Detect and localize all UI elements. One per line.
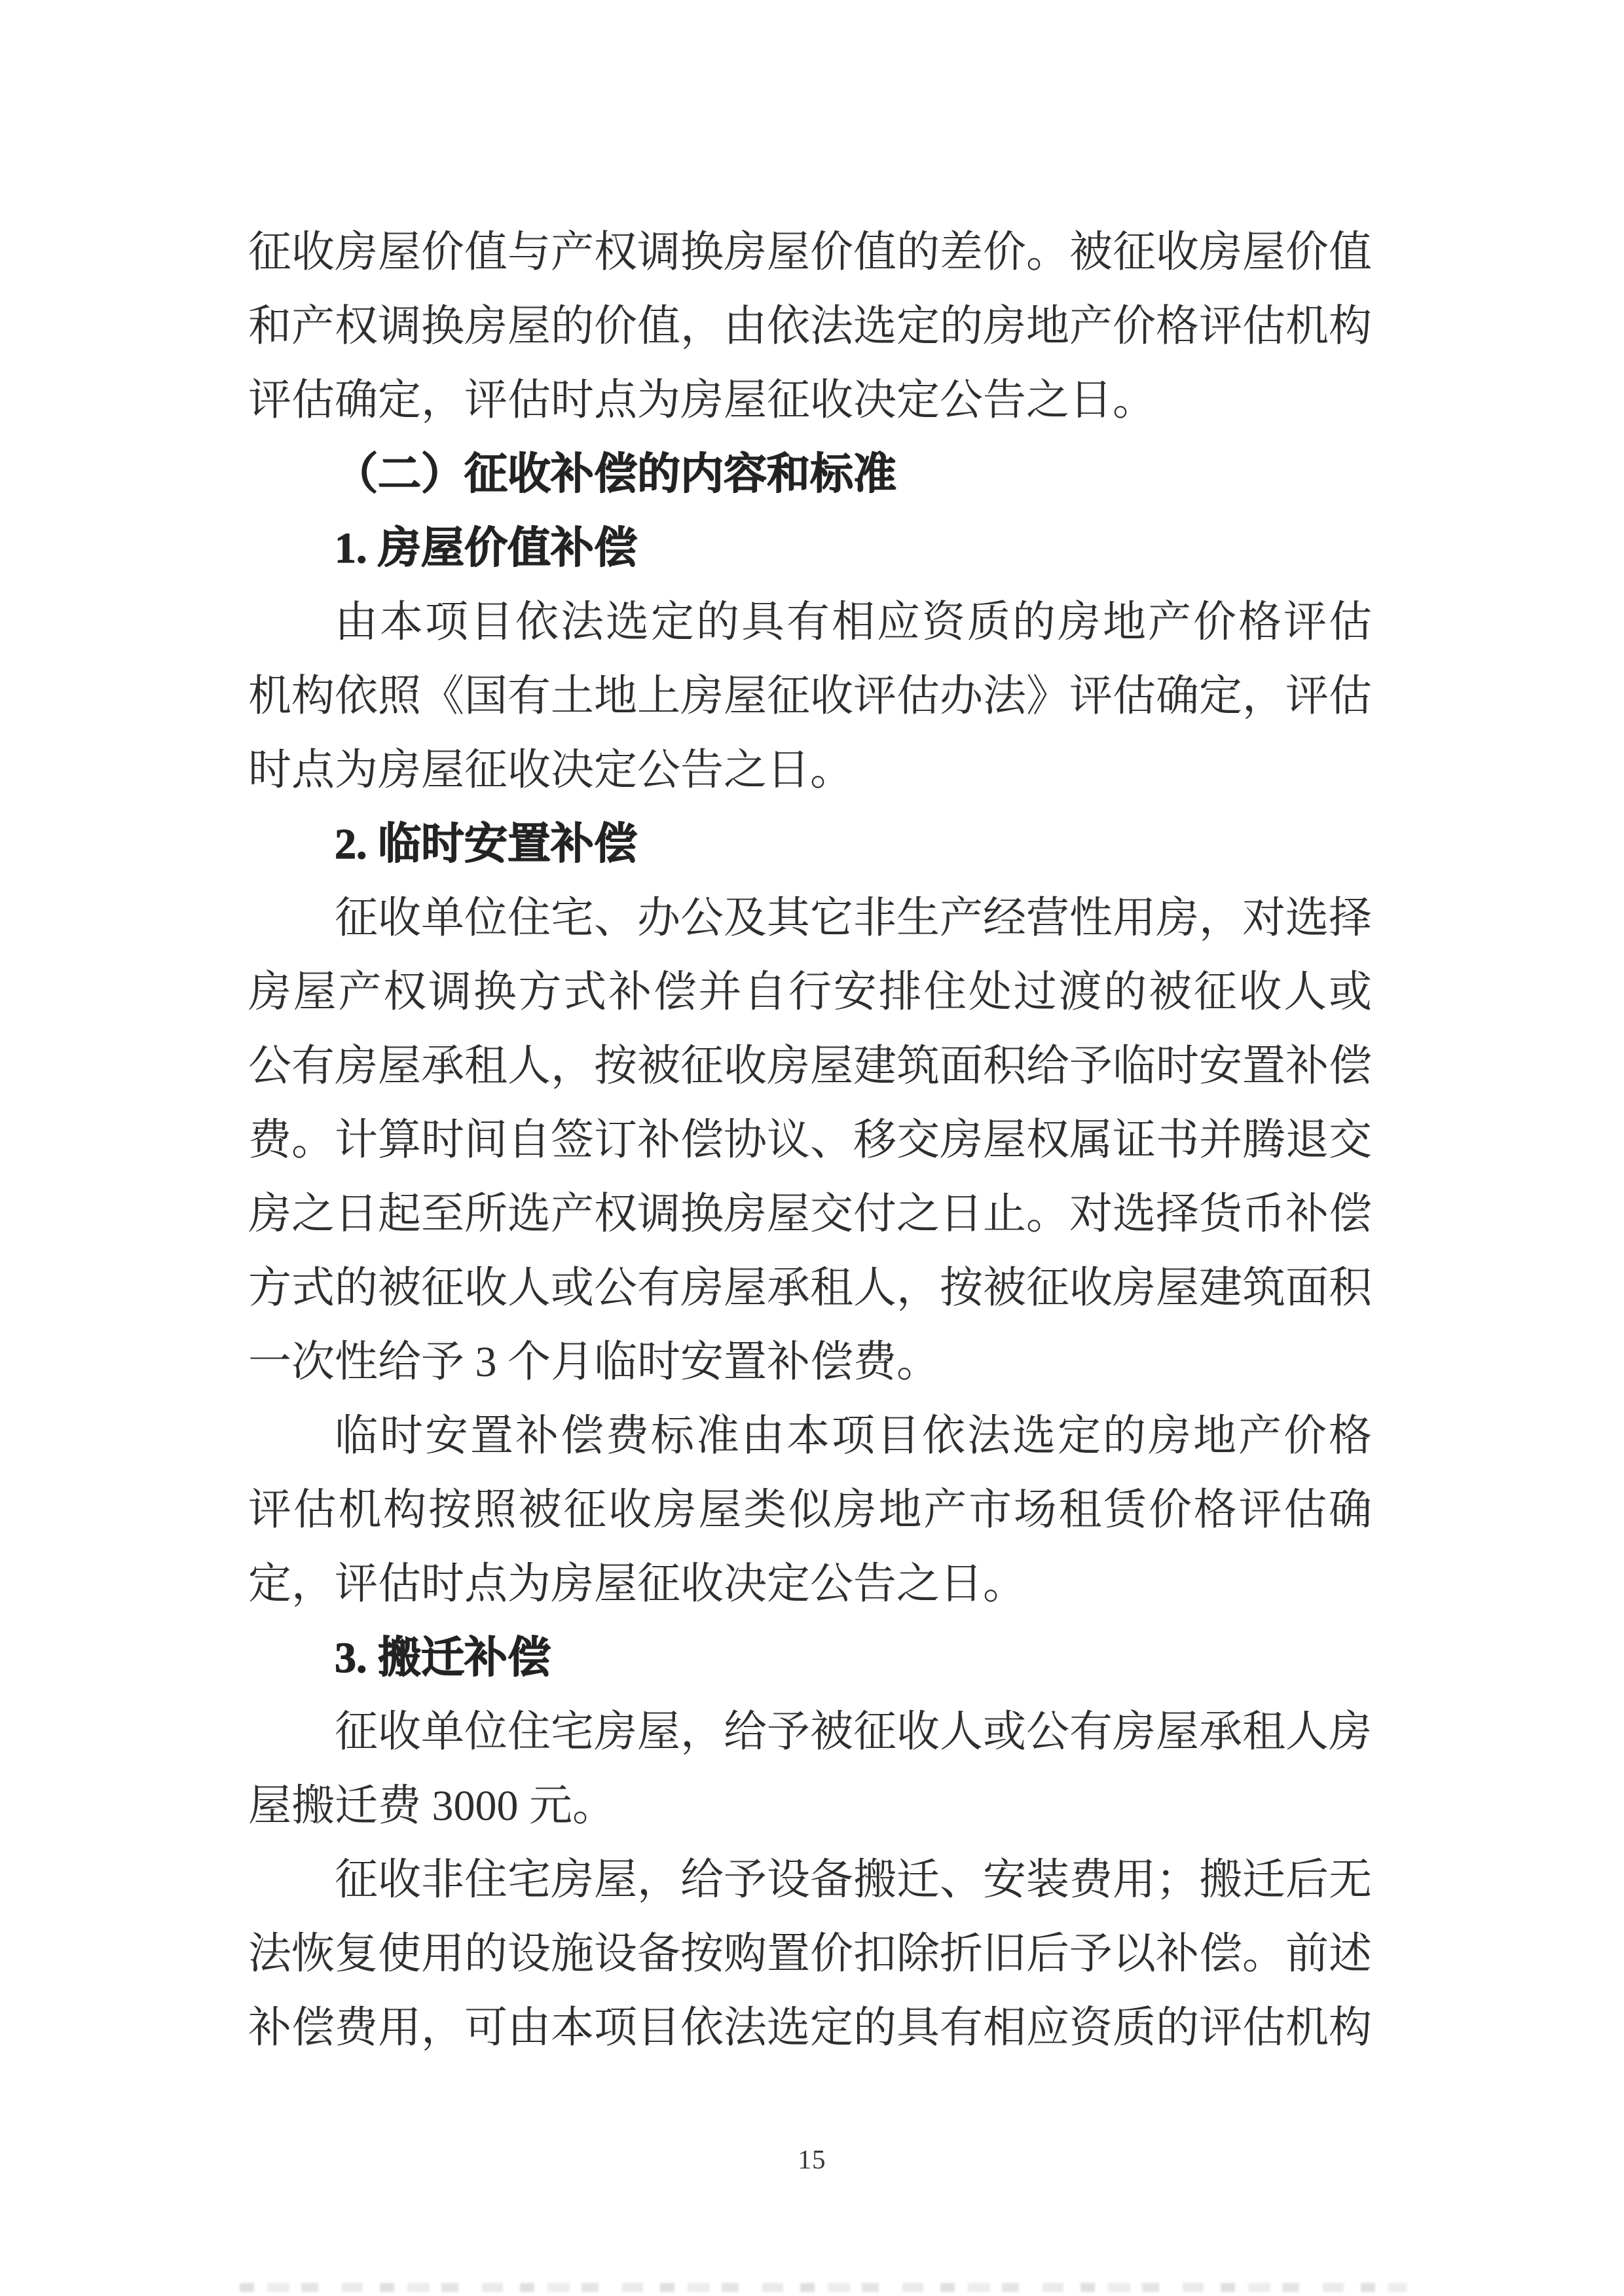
section-heading: 1. 房屋价值补偿: [248, 511, 1372, 585]
document-page: 征收房屋价值与产权调换房屋价值的差价。被征收房屋价值和产权调换房屋的价值，由依法…: [0, 0, 1624, 2296]
text-line: 屋搬迁费 3000 元。: [248, 1769, 1372, 1843]
text-line: 法恢复使用的设施设备按购置价扣除折旧后予以补偿。前述: [248, 1917, 1372, 1991]
text-line: 征收单位住宅、办公及其它非生产经营性用房，对选择: [248, 881, 1372, 955]
text-line: 一次性给予 3 个月临时安置补偿费。: [248, 1325, 1372, 1399]
scan-bleed-artifact: [240, 2283, 1407, 2292]
text-line: 时点为房屋征收决定公告之日。: [248, 733, 1372, 807]
body-text: 征收房屋价值与产权调换房屋价值的差价。被征收房屋价值和产权调换房屋的价值，由依法…: [248, 215, 1372, 2065]
text-line: 公有房屋承租人，按被征收房屋建筑面积给予临时安置补偿: [248, 1029, 1372, 1103]
section-heading: 3. 搬迁补偿: [248, 1621, 1372, 1695]
text-line: 方式的被征收人或公有房屋承租人，按被征收房屋建筑面积: [248, 1251, 1372, 1325]
section-heading: 2. 临时安置补偿: [248, 807, 1372, 881]
text-line: 机构依照《国有土地上房屋征收评估办法》评估确定，评估: [248, 659, 1372, 733]
text-line: 征收非住宅房屋，给予设备搬迁、安装费用；搬迁后无: [248, 1843, 1372, 1917]
text-line: 补偿费用，可由本项目依法选定的具有相应资质的评估机构: [248, 1991, 1372, 2065]
text-line: 费。计算时间自签订补偿协议、移交房屋权属证书并腾退交: [248, 1103, 1372, 1177]
text-line: 临时安置补偿费标准由本项目依法选定的房地产价格: [248, 1399, 1372, 1473]
text-line: 房之日起至所选产权调换房屋交付之日止。对选择货币补偿: [248, 1177, 1372, 1251]
text-line: 定，评估时点为房屋征收决定公告之日。: [248, 1547, 1372, 1621]
text-line: 房屋产权调换方式补偿并自行安排住处过渡的被征收人或: [248, 955, 1372, 1029]
text-line: 评估确定，评估时点为房屋征收决定公告之日。: [248, 363, 1372, 437]
text-line: 征收房屋价值与产权调换房屋价值的差价。被征收房屋价值: [248, 215, 1372, 289]
text-line: 征收单位住宅房屋，给予被征收人或公有房屋承租人房: [248, 1695, 1372, 1769]
text-line: 评估机构按照被征收房屋类似房地产市场租赁价格评估确: [248, 1473, 1372, 1547]
section-heading: （二）征收补偿的内容和标准: [248, 437, 1372, 511]
text-line: 由本项目依法选定的具有相应资质的房地产价格评估: [248, 585, 1372, 659]
text-line: 和产权调换房屋的价值，由依法选定的房地产价格评估机构: [248, 289, 1372, 363]
page-number: 15: [0, 2145, 1624, 2174]
